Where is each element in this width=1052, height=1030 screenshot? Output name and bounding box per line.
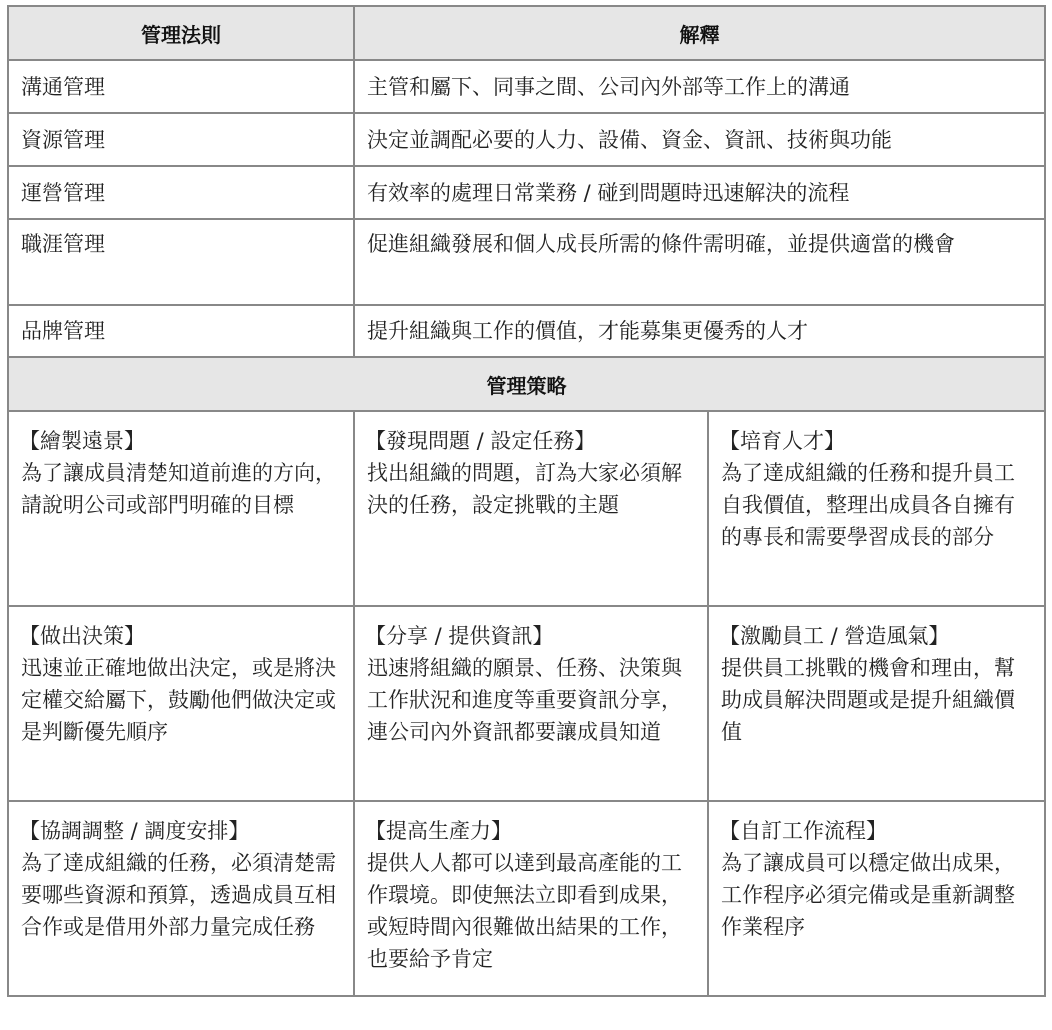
- rule-description: 提升組織與工作的價值，才能募集更優秀的人才: [354, 305, 1045, 357]
- strategy-row: 【繪製遠景】 為了讓成員清楚知道前進的方向，請說明公司或部門明確的目標 【發現問…: [8, 411, 1045, 606]
- strategy-body: 為了達成組織的任務和提升員工自我價值，整理出成員各自擁有的專長和需要學習成長的部…: [721, 457, 1032, 553]
- rule-row: 運營管理 有效率的處理日常業務 / 碰到問題時迅速解決的流程: [8, 166, 1045, 219]
- strategy-body: 迅速將組織的願景、任務、決策與工作狀況和進度等重要資訊分享，連公司內外資訊都要讓…: [367, 652, 695, 748]
- strategy-title: 【自訂工作流程】: [719, 815, 1032, 847]
- strategy-title: 【提高生產力】: [365, 815, 695, 847]
- strategy-title: 【發現問題 / 設定任務】: [365, 425, 695, 457]
- rule-row: 資源管理 決定並調配必要的人力、設備、資金、資訊、技術與功能: [8, 113, 1045, 166]
- rule-row: 溝通管理 主管和屬下、同事之間、公司內外部等工作上的溝通: [8, 60, 1045, 113]
- strategy-title: 【激勵員工 / 營造風氣】: [719, 620, 1032, 652]
- strategy-cell: 【做出決策】 迅速並正確地做出決定，或是將決定權交給屬下，鼓勵他們做決定或是判斷…: [8, 606, 354, 801]
- rule-name: 品牌管理: [8, 305, 354, 357]
- strategy-row: 【做出決策】 迅速並正確地做出決定，或是將決定權交給屬下，鼓勵他們做決定或是判斷…: [8, 606, 1045, 801]
- strategy-body: 為了讓成員可以穩定做出成果，工作程序必須完備或是重新調整作業程序: [721, 847, 1032, 943]
- rule-name: 資源管理: [8, 113, 354, 166]
- header-row: 管理法則 解釋: [8, 6, 1045, 60]
- strategy-cell: 【培育人才】 為了達成組織的任務和提升員工自我價值，整理出成員各自擁有的專長和需…: [708, 411, 1045, 606]
- strategy-cell: 【繪製遠景】 為了讓成員清楚知道前進的方向，請說明公司或部門明確的目標: [8, 411, 354, 606]
- rule-description: 決定並調配必要的人力、設備、資金、資訊、技術與功能: [354, 113, 1045, 166]
- strategy-body: 迅速並正確地做出決定，或是將決定權交給屬下，鼓勵他們做決定或是判斷優先順序: [21, 652, 341, 748]
- strategy-cell: 【分享 / 提供資訊】 迅速將組織的願景、任務、決策與工作狀況和進度等重要資訊分…: [354, 606, 708, 801]
- strategy-row: 【協調調整 / 調度安排】 為了達成組織的任務，必須清楚需要哪些資源和預算，透過…: [8, 801, 1045, 996]
- rule-row: 職涯管理 促進組織發展和個人成長所需的條件需明確，並提供適當的機會: [8, 219, 1045, 305]
- strategy-header-row: 管理策略: [8, 357, 1045, 411]
- strategy-body: 為了讓成員清楚知道前進的方向，請說明公司或部門明確的目標: [21, 457, 341, 521]
- strategy-header: 管理策略: [8, 357, 1045, 411]
- strategy-cell: 【提高生產力】 提供人人都可以達到最高產能的工作環境。即使無法立即看到成果，或短…: [354, 801, 708, 996]
- strategy-title: 【繪製遠景】: [19, 425, 341, 457]
- rule-description: 促進組織發展和個人成長所需的條件需明確，並提供適當的機會: [354, 219, 1045, 305]
- header-explanation: 解釋: [354, 6, 1045, 60]
- rule-name: 運營管理: [8, 166, 354, 219]
- strategy-body: 為了達成組織的任務，必須清楚需要哪些資源和預算，透過成員互相合作或是借用外部力量…: [21, 847, 341, 943]
- rule-description: 主管和屬下、同事之間、公司內外部等工作上的溝通: [354, 60, 1045, 113]
- strategy-title: 【協調調整 / 調度安排】: [19, 815, 341, 847]
- strategy-title: 【分享 / 提供資訊】: [365, 620, 695, 652]
- strategy-cell: 【自訂工作流程】 為了讓成員可以穩定做出成果，工作程序必須完備或是重新調整作業程…: [708, 801, 1045, 996]
- strategy-body: 提供人人都可以達到最高產能的工作環境。即使無法立即看到成果，或短時間內很難做出結…: [367, 847, 695, 975]
- strategy-cell: 【協調調整 / 調度安排】 為了達成組織的任務，必須清楚需要哪些資源和預算，透過…: [8, 801, 354, 996]
- rule-name: 職涯管理: [8, 219, 354, 305]
- strategy-title: 【培育人才】: [719, 425, 1032, 457]
- rule-name: 溝通管理: [8, 60, 354, 113]
- strategy-body: 提供員工挑戰的機會和理由，幫助成員解決問題或是提升組織價值: [721, 652, 1032, 748]
- rule-row: 品牌管理 提升組織與工作的價值，才能募集更優秀的人才: [8, 305, 1045, 357]
- strategy-cell: 【激勵員工 / 營造風氣】 提供員工挑戰的機會和理由，幫助成員解決問題或是提升組…: [708, 606, 1045, 801]
- strategy-body: 找出組織的問題，訂為大家必須解決的任務，設定挑戰的主題: [367, 457, 695, 521]
- rule-description: 有效率的處理日常業務 / 碰到問題時迅速解決的流程: [354, 166, 1045, 219]
- strategy-cell: 【發現問題 / 設定任務】 找出組織的問題，訂為大家必須解決的任務，設定挑戰的主…: [354, 411, 708, 606]
- header-rule: 管理法則: [8, 6, 354, 60]
- management-table: 管理法則 解釋 溝通管理 主管和屬下、同事之間、公司內外部等工作上的溝通 資源管…: [7, 5, 1046, 997]
- strategy-title: 【做出決策】: [19, 620, 341, 652]
